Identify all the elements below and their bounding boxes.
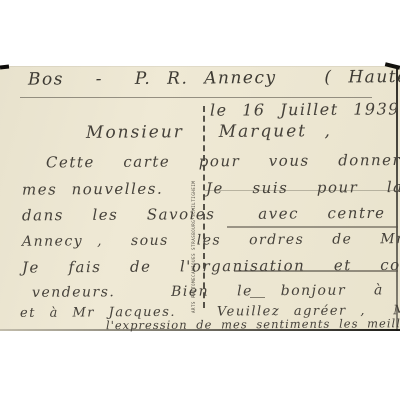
message-line-6: vendeurs. Bien le bonjour à Mme Marquet — [32, 282, 400, 300]
address-header-line: Bos - P. R. Annecy ( Haute-Savoie ) — [28, 68, 400, 88]
header-underline — [20, 97, 372, 98]
message-line-4: Annecy , sous les ordres de Mr Delaneuvi… — [22, 231, 400, 249]
scan-background: Bos - P. R. Annecy ( Haute-Savoie ) ARTS… — [0, 0, 400, 400]
message-line-2: mes nouvelles. Je suis pour la saison — [22, 179, 400, 197]
date-line: le 16 Juillet 1939. — [210, 101, 400, 118]
message-line-1: Cette carte pour vous donner de — [46, 153, 400, 171]
message-line-3: dans les Savoies avec centre à — [22, 206, 400, 224]
postcard: Bos - P. R. Annecy ( Haute-Savoie ) ARTS… — [0, 66, 400, 331]
message-line-5: Je fais de l'organisation et contrôle — [22, 257, 400, 275]
pencil-guide-line-2 — [227, 226, 398, 228]
message-closing-signature-line: l'expression de mes sentiments les meill… — [106, 318, 400, 332]
salutation-line: Monsieur Marquet , — [86, 123, 332, 142]
card-edge-mark-top-left — [0, 65, 9, 70]
